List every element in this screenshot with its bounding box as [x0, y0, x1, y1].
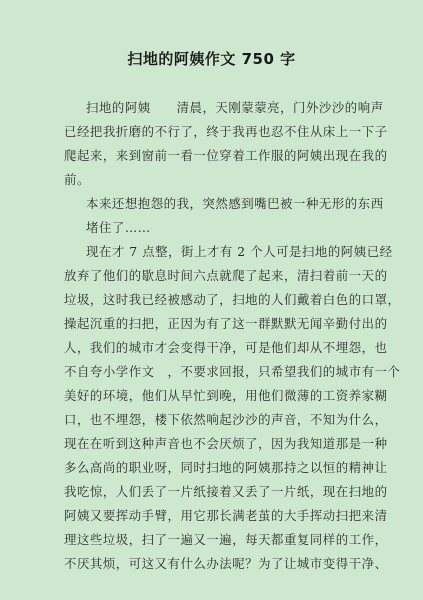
paragraph-line: 现在才 7 点整，街上才有 2 个人可是扫地的阿姨已经	[86, 242, 393, 260]
paragraph-line: 人，我们的城市才会变得干净，可是他们却从不埋怨，也	[64, 338, 388, 356]
paragraph-line: 阿姨又要挥动手臂，用它那长满老茧的大手挥动扫把来清	[64, 506, 388, 524]
paragraph-line: 口，也不埋怨，楼下依然响起沙沙的声音，不知为什么，	[64, 410, 388, 428]
paragraph-line: 前。	[64, 170, 90, 188]
paragraph-line: 理这些垃圾，扫了一遍又一遍，每天都重复同样的工作，	[64, 530, 388, 548]
paragraph-line: 已经把我折磨的不行了，终于我再也忍不住从床上一下子	[64, 122, 388, 140]
paragraph-line: 堵住了……	[86, 218, 151, 236]
paragraph-line: 扫地的阿姨 清晨，天刚蒙蒙亮，门外沙沙的响声	[86, 98, 384, 116]
paragraph-line: 多么高尚的职业呀，同时扫地的阿姨那持之以恒的精神让	[64, 458, 388, 476]
paragraph-line: 放弃了他们的歇息时间六点就爬了起来，清扫着前一天的	[64, 266, 388, 284]
paragraph-line: 垃圾，这时我已经被感动了，扫地的人们戴着白色的口罩，	[64, 290, 400, 308]
document-title: 扫地的阿姨作文 750 字	[0, 48, 423, 69]
paragraph-line: 操起沉重的扫把，正因为有了这一群默默无闻辛勤付出的	[64, 314, 388, 332]
paragraph-line: 不厌其烦，可这又有什么办法呢？为了让城市变得干净、	[64, 554, 388, 572]
paragraph-line: 本来还想抱怨的我，突然感到嘴巴被一种无形的东西	[86, 194, 384, 212]
paragraph-line: 现在在听到这种声音也不会厌烦了，因为我知道那是一种	[64, 434, 388, 452]
paragraph-line: 爬起来，来到窗前一看一位穿着工作服的阿姨出现在我的	[64, 146, 388, 164]
paragraph-line: 不自夸小学作文 ，不要求回报，只希望我们的城市有一个	[64, 362, 400, 380]
paragraph-line: 我吃惊，人们丢了一片纸接着又丢了一片纸，现在扫地的	[64, 482, 388, 500]
paragraph-line: 美好的环境，他们从早忙到晚，用他们微薄的工资养家糊	[64, 386, 388, 404]
document-page: 扫地的阿姨作文 750 字 扫地的阿姨 清晨，天刚蒙蒙亮，门外沙沙的响声 已经把…	[0, 0, 423, 600]
